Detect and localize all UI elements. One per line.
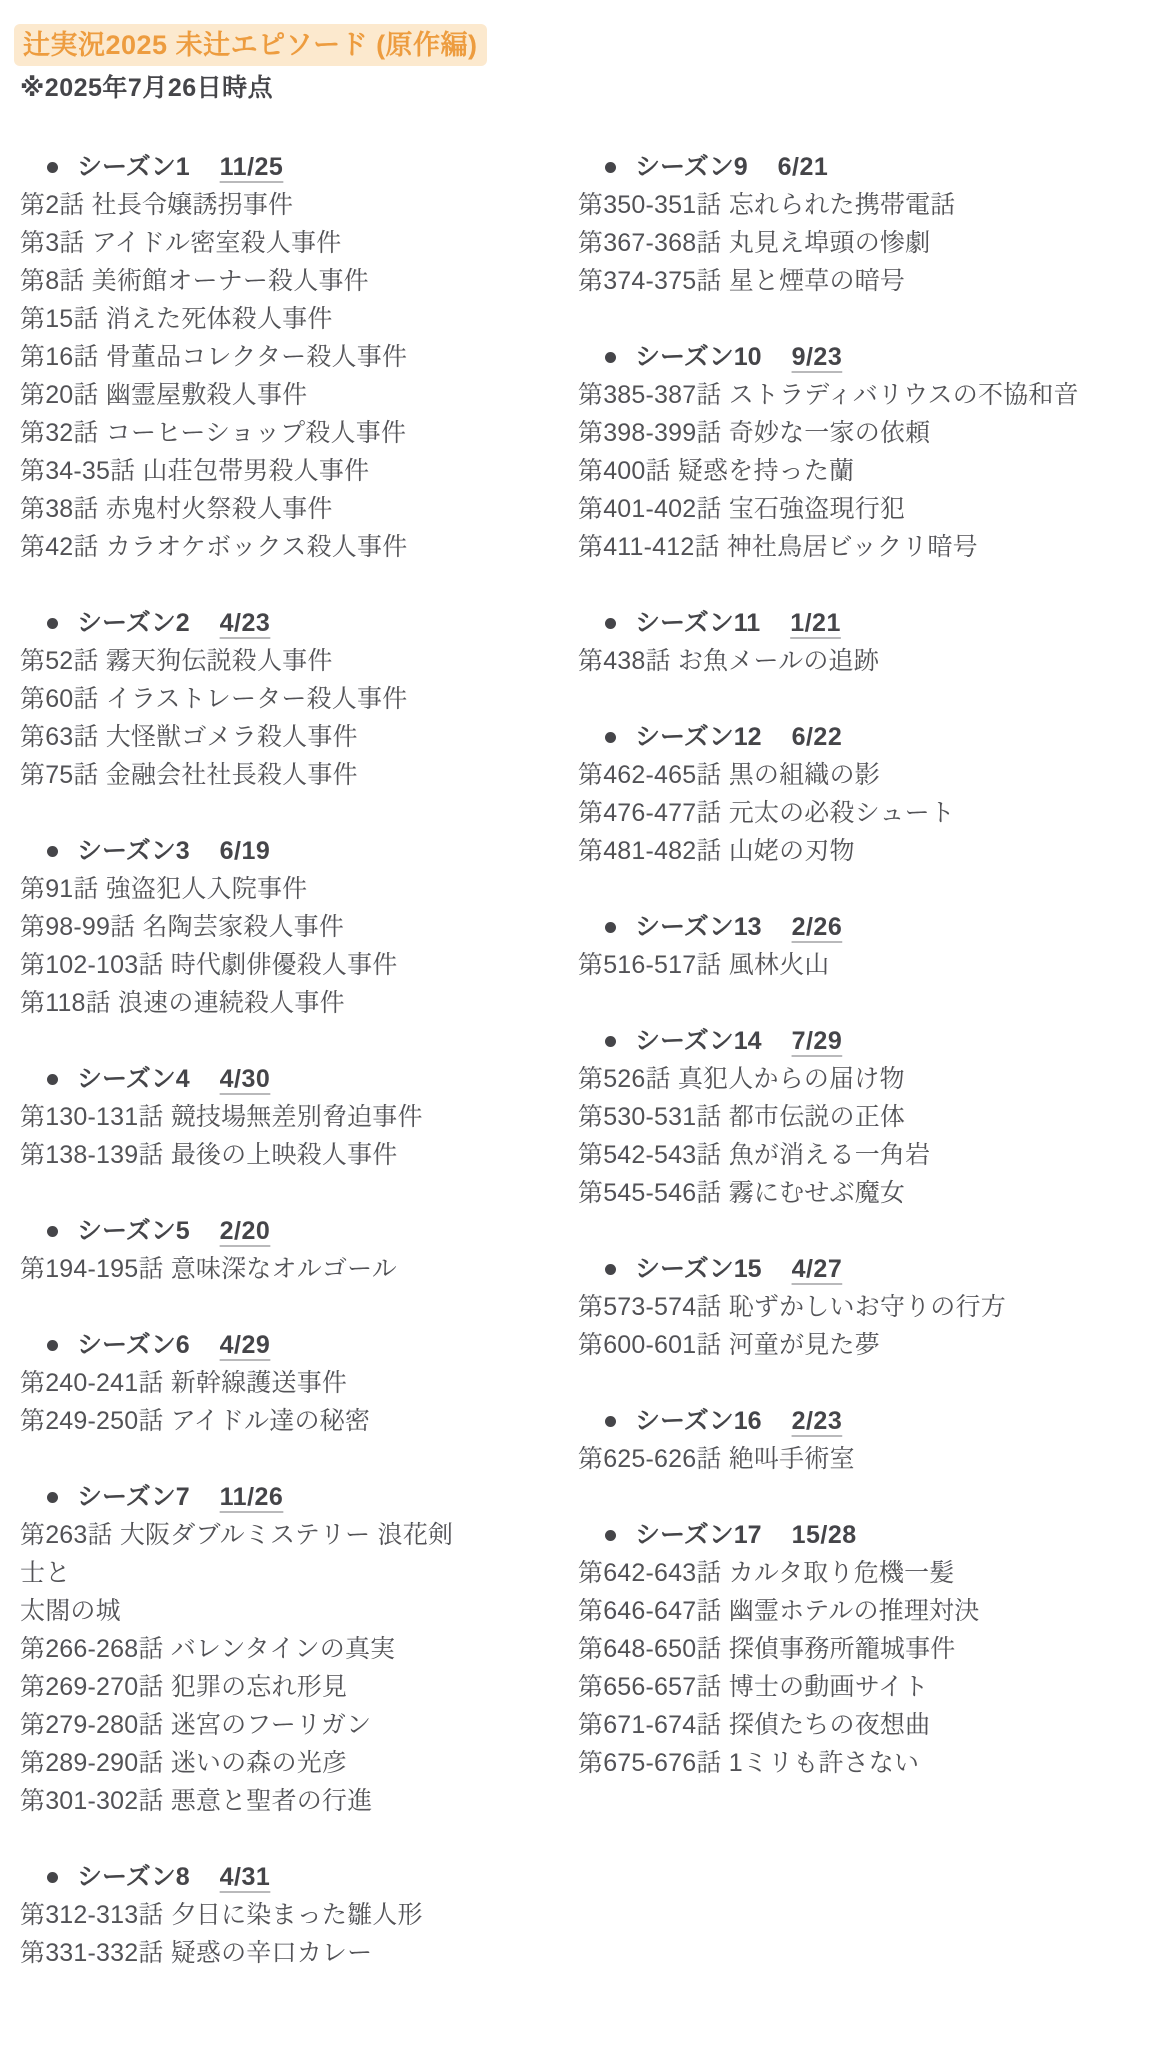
season-section: シーズン3 6/19 第91話 強盗犯人入院事件 第98-99話 名陶芸家殺人事… [20,832,475,1022]
season-section: シーズン13 2/26 第516-517話 風林火山 [578,908,1148,984]
episode-list: 第130-131話 競技場無差別脅迫事件 第138-139話 最後の上映殺人事件 [20,1098,475,1174]
season-header: シーズン10 9/23 [578,338,1148,376]
season-section: シーズン17 15/28 第642-643話 カルタ取り危機一髪 第646-64… [578,1516,1148,1782]
episode-item: 第63話 大怪獣ゴメラ殺人事件 [20,718,475,756]
season-label: シーズン13 [635,908,762,946]
season-section: シーズン1 11/25 第2話 社長令嬢誘拐事件 第3話 アイドル密室殺人事件 … [20,148,475,566]
season-header: シーズン16 2/23 [578,1402,1148,1440]
episode-item: 第263話 大阪ダブルミステリー 浪花剣士と 太閤の城 [20,1516,475,1630]
episode-item: 第118話 浪速の連続殺人事件 [20,984,475,1022]
season-header: シーズン4 4/30 [20,1060,475,1098]
bullet-icon [605,1530,616,1541]
episode-item: 第2話 社長令嬢誘拐事件 [20,186,475,224]
episode-list: 第52話 霧天狗伝説殺人事件 第60話 イラストレーター殺人事件 第63話 大怪… [20,642,475,794]
season-label: シーズン3 [77,832,190,870]
episode-item: 第15話 消えた死体殺人事件 [20,300,475,338]
episode-item: 第38話 赤鬼村火祭殺人事件 [20,490,475,528]
season-header: シーズン17 15/28 [578,1516,1148,1554]
bullet-icon [605,732,616,743]
bullet-icon [47,162,58,173]
episode-item: 第573-574話 恥ずかしいお守りの行方 [578,1288,1148,1326]
episode-list: 第462-465話 黒の組織の影 第476-477話 元太の必殺シュート 第48… [578,756,1148,870]
season-score: 2/23 [792,1402,843,1440]
bullet-icon [605,1264,616,1275]
bullet-icon [47,846,58,857]
episode-item: 第600-601話 河童が見た夢 [578,1326,1148,1364]
season-section: シーズン10 9/23 第385-387話 ストラディバリウスの不協和音 第39… [578,338,1148,566]
season-label: シーズン2 [77,604,190,642]
episode-item: 第656-657話 博士の動画サイト [578,1668,1148,1706]
bullet-icon [605,162,616,173]
season-score: 4/29 [220,1326,271,1364]
column-right: シーズン9 6/21 第350-351話 忘れられた携帯電話 第367-368話… [578,148,1148,1820]
season-header: シーズン1 11/25 [20,148,475,186]
season-header: シーズン3 6/19 [20,832,475,870]
episode-item: 第648-650話 探偵事務所籠城事件 [578,1630,1148,1668]
season-section: シーズン14 7/29 第526話 真犯人からの届け物 第530-531話 都市… [578,1022,1148,1212]
season-header: シーズン7 11/26 [20,1478,475,1516]
episode-list: 第516-517話 風林火山 [578,946,1148,984]
season-label: シーズン6 [77,1326,190,1364]
episode-list: 第240-241話 新幹線護送事件 第249-250話 アイドル達の秘密 [20,1364,475,1440]
season-header: シーズン15 4/27 [578,1250,1148,1288]
season-label: シーズン1 [77,148,190,186]
season-label: シーズン7 [77,1478,190,1516]
bullet-icon [605,922,616,933]
season-score: 6/19 [220,832,271,870]
episode-item: 第249-250話 アイドル達の秘密 [20,1402,475,1440]
episode-item: 第462-465話 黒の組織の影 [578,756,1148,794]
bullet-icon [605,1036,616,1047]
season-label: シーズン4 [77,1060,190,1098]
episode-item: 第8話 美術館オーナー殺人事件 [20,262,475,300]
episode-list: 第385-387話 ストラディバリウスの不協和音 第398-399話 奇妙な一家… [578,376,1148,566]
season-section: シーズン2 4/23 第52話 霧天狗伝説殺人事件 第60話 イラストレーター殺… [20,604,475,794]
episode-list: 第625-626話 絶叫手術室 [578,1440,1148,1478]
season-section: シーズン5 2/20 第194-195話 意味深なオルゴール [20,1212,475,1288]
episode-list: 第438話 お魚メールの追跡 [578,642,1148,680]
episode-list: 第91話 強盗犯人入院事件 第98-99話 名陶芸家殺人事件 第102-103話… [20,870,475,1022]
episode-list: 第194-195話 意味深なオルゴール [20,1250,475,1288]
episode-item: 第438話 お魚メールの追跡 [578,642,1148,680]
season-score: 6/21 [778,148,829,186]
page-header: 辻実況2025 未辻エピソード (原作編) ※2025年7月26日時点 [14,24,487,104]
episode-item: 第476-477話 元太の必殺シュート [578,794,1148,832]
season-score: 1/21 [790,604,841,642]
season-section: シーズン4 4/30 第130-131話 競技場無差別脅迫事件 第138-139… [20,1060,475,1174]
season-section: シーズン12 6/22 第462-465話 黒の組織の影 第476-477話 元… [578,718,1148,870]
season-label: シーズン15 [635,1250,762,1288]
season-header: シーズン5 2/20 [20,1212,475,1250]
episode-item: 第32話 コーヒーショップ殺人事件 [20,414,475,452]
season-score: 2/26 [792,908,843,946]
episode-item: 第481-482話 山姥の刃物 [578,832,1148,870]
episode-item: 第279-280話 迷宮のフーリガン [20,1706,475,1744]
season-section: シーズン8 4/31 第312-313話 夕日に染まった雛人形 第331-332… [20,1858,475,1972]
season-label: シーズン12 [635,718,762,756]
episode-item: 第91話 強盗犯人入院事件 [20,870,475,908]
episode-item: 第367-368話 丸見え埠頭の惨劇 [578,224,1148,262]
season-header: シーズン11 1/21 [578,604,1148,642]
episode-item: 第3話 アイドル密室殺人事件 [20,224,475,262]
season-score: 11/25 [220,148,284,186]
season-section: シーズン11 1/21 第438話 お魚メールの追跡 [578,604,1148,680]
season-header: シーズン12 6/22 [578,718,1148,756]
episode-item: 第240-241話 新幹線護送事件 [20,1364,475,1402]
episode-item: 第75話 金融会社社長殺人事件 [20,756,475,794]
season-score: 7/29 [792,1022,843,1060]
episode-item: 第20話 幽霊屋敷殺人事件 [20,376,475,414]
episode-item: 第671-674話 探偵たちの夜想曲 [578,1706,1148,1744]
season-score: 6/22 [792,718,843,756]
episode-list: 第642-643話 カルタ取り危機一髪 第646-647話 幽霊ホテルの推理対決… [578,1554,1148,1782]
episode-item: 第625-626話 絶叫手術室 [578,1440,1148,1478]
episode-item: 第642-643話 カルタ取り危機一髪 [578,1554,1148,1592]
bullet-icon [47,1872,58,1883]
season-score: 4/31 [220,1858,271,1896]
season-score: 4/23 [220,604,271,642]
bullet-icon [605,352,616,363]
season-header: シーズン2 4/23 [20,604,475,642]
episode-item: 第530-531話 都市伝説の正体 [578,1098,1148,1136]
season-section: シーズン9 6/21 第350-351話 忘れられた携帯電話 第367-368話… [578,148,1148,300]
season-label: シーズン5 [77,1212,190,1250]
episode-item: 第398-399話 奇妙な一家の依頼 [578,414,1148,452]
episode-list: 第263話 大阪ダブルミステリー 浪花剣士と 太閤の城 第266-268話 バレ… [20,1516,475,1820]
episode-item: 第269-270話 犯罪の忘れ形見 [20,1668,475,1706]
season-label: シーズン9 [635,148,748,186]
bullet-icon [47,618,58,629]
episode-item: 第411-412話 神社鳥居ビックリ暗号 [578,528,1148,566]
episode-item: 第401-402話 宝石強盗現行犯 [578,490,1148,528]
season-label: シーズン8 [77,1858,190,1896]
episode-list: 第573-574話 恥ずかしいお守りの行方 第600-601話 河童が見た夢 [578,1288,1148,1364]
season-section: シーズン6 4/29 第240-241話 新幹線護送事件 第249-250話 ア… [20,1326,475,1440]
episode-item: 第138-139話 最後の上映殺人事件 [20,1136,475,1174]
episode-item: 第374-375話 星と煙草の暗号 [578,262,1148,300]
episode-item: 第301-302話 悪意と聖者の行進 [20,1782,475,1820]
episode-item: 第312-313話 夕日に染まった雛人形 [20,1896,475,1934]
episode-item: 第675-676話 1ミリも許さない [578,1744,1148,1782]
episode-item: 第194-195話 意味深なオルゴール [20,1250,475,1288]
episode-item: 第34-35話 山荘包帯男殺人事件 [20,452,475,490]
episode-item: 第16話 骨董品コレクター殺人事件 [20,338,475,376]
episode-item: 第542-543話 魚が消える一角岩 [578,1136,1148,1174]
bullet-icon [605,1416,616,1427]
season-header: シーズン9 6/21 [578,148,1148,186]
episode-item: 第331-332話 疑惑の辛口カレー [20,1934,475,1972]
season-header: シーズン8 4/31 [20,1858,475,1896]
episode-item: 第98-99話 名陶芸家殺人事件 [20,908,475,946]
season-score: 15/28 [792,1516,857,1554]
season-score: 2/20 [220,1212,271,1250]
episode-item: 第385-387話 ストラディバリウスの不協和音 [578,376,1148,414]
episode-item: 第646-647話 幽霊ホテルの推理対決 [578,1592,1148,1630]
episode-item: 第545-546話 霧にむせぶ魔女 [578,1174,1148,1212]
bullet-icon [47,1074,58,1085]
season-label: シーズン16 [635,1402,762,1440]
episode-list: 第2話 社長令嬢誘拐事件 第3話 アイドル密室殺人事件 第8話 美術館オーナー殺… [20,186,475,566]
season-score: 11/26 [220,1478,284,1516]
season-header: シーズン14 7/29 [578,1022,1148,1060]
episode-list: 第350-351話 忘れられた携帯電話 第367-368話 丸見え埠頭の惨劇 第… [578,186,1148,300]
season-section: シーズン7 11/26 第263話 大阪ダブルミステリー 浪花剣士と 太閤の城 … [20,1478,475,1820]
episode-list: 第526話 真犯人からの届け物 第530-531話 都市伝説の正体 第542-5… [578,1060,1148,1212]
season-score: 9/23 [792,338,843,376]
season-label: シーズン11 [635,604,760,642]
episode-item: 第350-351話 忘れられた携帯電話 [578,186,1148,224]
season-section: シーズン16 2/23 第625-626話 絶叫手術室 [578,1402,1148,1478]
episode-item: 第42話 カラオケボックス殺人事件 [20,528,475,566]
season-label: シーズン17 [635,1516,762,1554]
episode-item: 第52話 霧天狗伝説殺人事件 [20,642,475,680]
episode-item: 第130-131話 競技場無差別脅迫事件 [20,1098,475,1136]
column-left: シーズン1 11/25 第2話 社長令嬢誘拐事件 第3話 アイドル密室殺人事件 … [20,148,475,2010]
bullet-icon [605,618,616,629]
bullet-icon [47,1226,58,1237]
date-note: ※2025年7月26日時点 [20,72,487,104]
episode-item: 第526話 真犯人からの届け物 [578,1060,1148,1098]
season-label: シーズン14 [635,1022,762,1060]
episode-item: 第400話 疑惑を持った蘭 [578,452,1148,490]
season-section: シーズン15 4/27 第573-574話 恥ずかしいお守りの行方 第600-6… [578,1250,1148,1364]
episode-list: 第312-313話 夕日に染まった雛人形 第331-332話 疑惑の辛口カレー [20,1896,475,1972]
bullet-icon [47,1492,58,1503]
page-title: 辻実況2025 未辻エピソード (原作編) [14,24,487,66]
episode-item: 第516-517話 風林火山 [578,946,1148,984]
episode-item: 第60話 イラストレーター殺人事件 [20,680,475,718]
season-header: シーズン13 2/26 [578,908,1148,946]
season-score: 4/27 [792,1250,843,1288]
bullet-icon [47,1340,58,1351]
episode-item: 第102-103話 時代劇俳優殺人事件 [20,946,475,984]
season-label: シーズン10 [635,338,762,376]
episode-item: 第266-268話 バレンタインの真実 [20,1630,475,1668]
season-header: シーズン6 4/29 [20,1326,475,1364]
season-score: 4/30 [220,1060,271,1098]
episode-item: 第289-290話 迷いの森の光彦 [20,1744,475,1782]
